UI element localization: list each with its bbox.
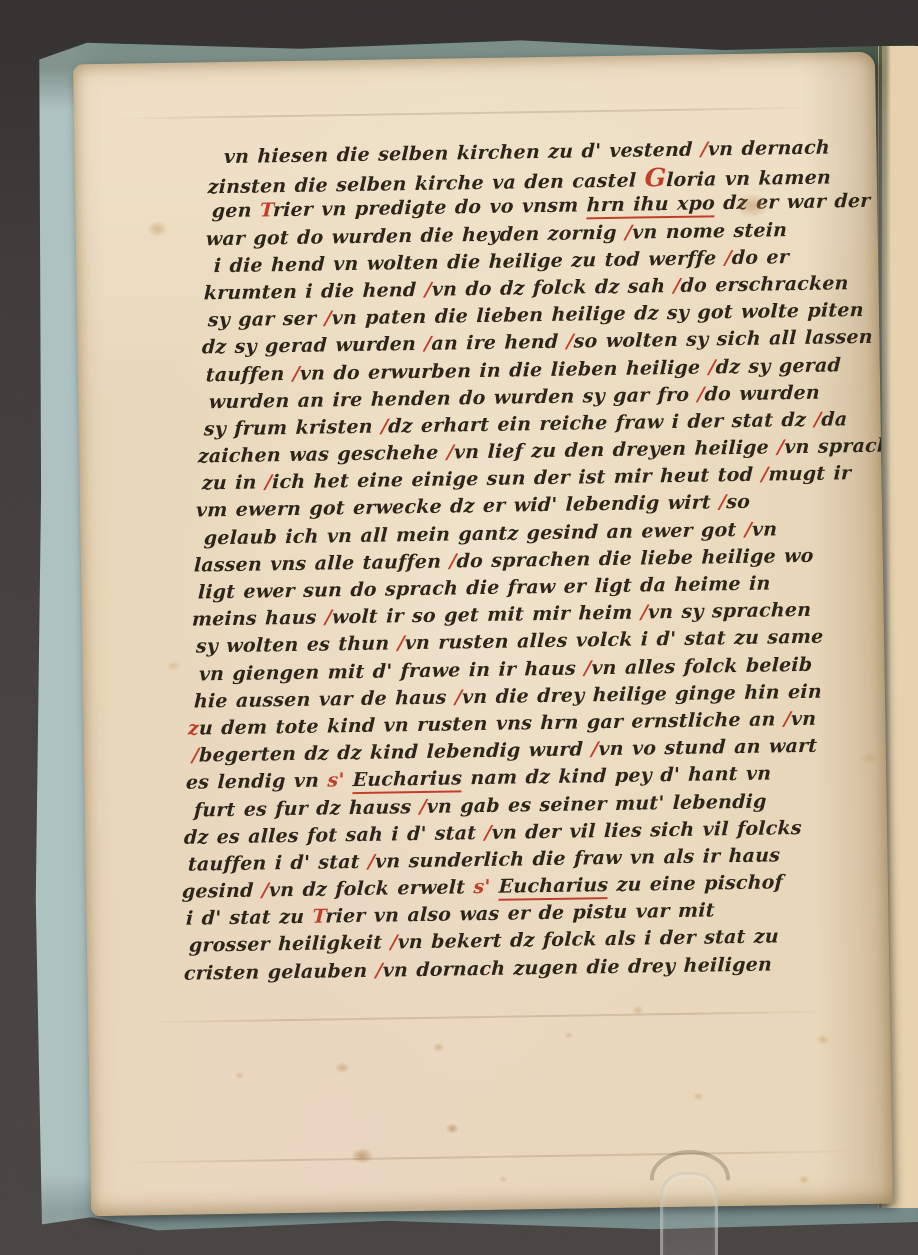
foxing-stain bbox=[632, 1006, 644, 1015]
ink-text: vn gab es seiner mut' lebendig bbox=[426, 790, 767, 817]
ink-text: vn sy sprachen bbox=[648, 599, 812, 624]
ink-text: do er bbox=[731, 246, 789, 269]
manuscript-photo: vn hiesen die selben kirchen zu d' veste… bbox=[0, 0, 918, 1255]
ink-text: dz erhart ein reiche fraw i der stat dz bbox=[388, 409, 815, 438]
ink-text: loria vn kamen bbox=[666, 167, 832, 192]
ink-text: sy gar ser bbox=[207, 308, 324, 332]
ink-text: vn hiesen die selben kirchen zu d' veste… bbox=[223, 139, 701, 169]
ink-text: zu in bbox=[202, 472, 266, 495]
ink-text: krumten i die hend bbox=[203, 279, 425, 304]
foxing-stain bbox=[799, 1175, 810, 1184]
ink-text: vn lief zu den dreyen heilige bbox=[454, 436, 778, 463]
rubric-text: T bbox=[312, 906, 326, 928]
foxing-stain bbox=[564, 1032, 573, 1039]
ink-text: i d' stat zu bbox=[186, 906, 313, 930]
ink-text: vn nome stein bbox=[632, 219, 788, 243]
ink-text: lassen vns alle tauffen bbox=[194, 550, 450, 576]
ink-text: nam dz kind pey d' hant vn bbox=[462, 763, 772, 790]
ink-text: cristen gelauben bbox=[184, 959, 377, 984]
ink-text: dz es alles fot sah i d' stat bbox=[184, 822, 485, 849]
red-underlined-text: hrn ihu xpo bbox=[586, 193, 715, 220]
ink-text: wolt ir so get mit mir heim bbox=[332, 602, 642, 629]
ink-text: vn vo stund an wart bbox=[598, 735, 818, 760]
foxing-stain bbox=[693, 1093, 703, 1101]
ink-text: hie aussen var de haus bbox=[194, 686, 456, 712]
red-underlined-text: Eucharius bbox=[498, 874, 608, 901]
foxing-stain bbox=[351, 1148, 373, 1164]
ink-text: meins haus bbox=[192, 607, 326, 631]
ink-text: vn bbox=[752, 518, 778, 540]
ink-text: vn alles folck beleib bbox=[591, 653, 813, 678]
ink-text: vn do erwurben in die lieben heilige bbox=[300, 356, 710, 384]
ink-text: vn dz folck erwelt bbox=[269, 876, 474, 901]
ink-text: mugt ir bbox=[768, 462, 852, 485]
ink-text: do wurden bbox=[704, 381, 820, 405]
ink-text: an ire hend bbox=[431, 331, 567, 355]
ink-text: grosser heiligkeit bbox=[189, 932, 391, 957]
ink-text: gen bbox=[211, 200, 260, 223]
manuscript-page: vn hiesen die selben kirchen zu d' veste… bbox=[73, 52, 893, 1216]
ink-text: vn rusten alles volck i d' stat zu same bbox=[404, 626, 823, 655]
paper-crease bbox=[120, 1150, 860, 1164]
ink-text: vn giengen mit d' frawe in ir haus bbox=[199, 657, 585, 685]
rubric-text: s' bbox=[473, 876, 499, 898]
ink-text: vn die drey heilige ginge hin ein bbox=[462, 680, 823, 708]
ink-text: so wolten sy sich all lassen bbox=[573, 326, 873, 353]
ink-text: rier vn also was er de pistu var mit bbox=[325, 900, 715, 928]
ink-text: es lendig vn bbox=[186, 770, 328, 794]
ink-text: wurden an ire henden do wurden sy gar fr… bbox=[208, 383, 697, 413]
paper-crease bbox=[148, 1011, 828, 1024]
foxing-stain bbox=[816, 1035, 829, 1045]
foxing-stain bbox=[235, 1072, 244, 1079]
foxing-stain bbox=[335, 1062, 350, 1073]
ink-text: dz sy gerad wurden bbox=[201, 333, 424, 359]
ink-text: begerten dz dz kind lebendig wurd bbox=[199, 738, 592, 766]
foxing-stain bbox=[166, 661, 180, 671]
manuscript-text-block: vn hiesen die selben kirchen zu d' veste… bbox=[183, 134, 874, 988]
ink-text: so bbox=[726, 491, 751, 513]
foxing-stain bbox=[147, 221, 167, 237]
paper-crease bbox=[114, 107, 814, 120]
rubric-text: G bbox=[644, 162, 667, 192]
ink-text: tauffen i d' stat bbox=[188, 851, 369, 876]
ink-text: vn bekert dz folck als i der stat zu bbox=[397, 926, 779, 954]
ink-text: zaichen was geschehe bbox=[198, 442, 448, 468]
foxing-stain bbox=[499, 1176, 508, 1183]
ink-text: vn do dz folck dz sah bbox=[431, 275, 673, 301]
ink-text: vm ewern got erwecke dz er wid' lebendig… bbox=[196, 492, 720, 522]
ink-text: sy frum kristen bbox=[204, 415, 382, 440]
rubric-text: T bbox=[260, 200, 274, 222]
ink-text: furt es fur dz hauss bbox=[194, 796, 421, 822]
red-underlined-text: Eucharius bbox=[352, 768, 462, 795]
ink-text: dz er war der bbox=[715, 190, 871, 214]
ink-text: vn bbox=[791, 708, 817, 730]
ink-text: vn sprach bbox=[784, 435, 891, 459]
ink-text: vn dornach zugen die drey heiligen bbox=[382, 953, 772, 981]
ink-text: zu eine pischof bbox=[608, 871, 784, 896]
rubric-text: z bbox=[188, 717, 200, 739]
ink-text: vn sunderlich die fraw vn als ir haus bbox=[375, 844, 781, 872]
foxing-stain bbox=[860, 752, 878, 765]
ink-text: do sprachen die liebe heilige wo bbox=[456, 545, 814, 573]
ink-text: war got do wurden die heyden zornig bbox=[205, 221, 625, 250]
ink-text: dz sy gerad bbox=[715, 354, 841, 378]
ink-text: ich het eine einige sun der ist mir heut… bbox=[272, 464, 762, 494]
ink-text: rier vn predigte do vo vnsm bbox=[273, 195, 588, 222]
ink-text: sy wolten es thun bbox=[196, 633, 399, 658]
page-holder-clip bbox=[660, 1172, 718, 1255]
ink-text: tauffen bbox=[205, 362, 293, 385]
ink-text: do erschracken bbox=[680, 272, 849, 297]
foxing-stain bbox=[446, 1123, 459, 1133]
foxing-stain bbox=[432, 1043, 444, 1052]
ink-text: vn der vil lies sich vil folcks bbox=[491, 817, 802, 844]
ink-text: vn dernach bbox=[708, 136, 831, 160]
rubric-text: s' bbox=[327, 769, 353, 791]
ink-text: da bbox=[821, 408, 848, 430]
ink-text: gesind bbox=[182, 880, 263, 903]
